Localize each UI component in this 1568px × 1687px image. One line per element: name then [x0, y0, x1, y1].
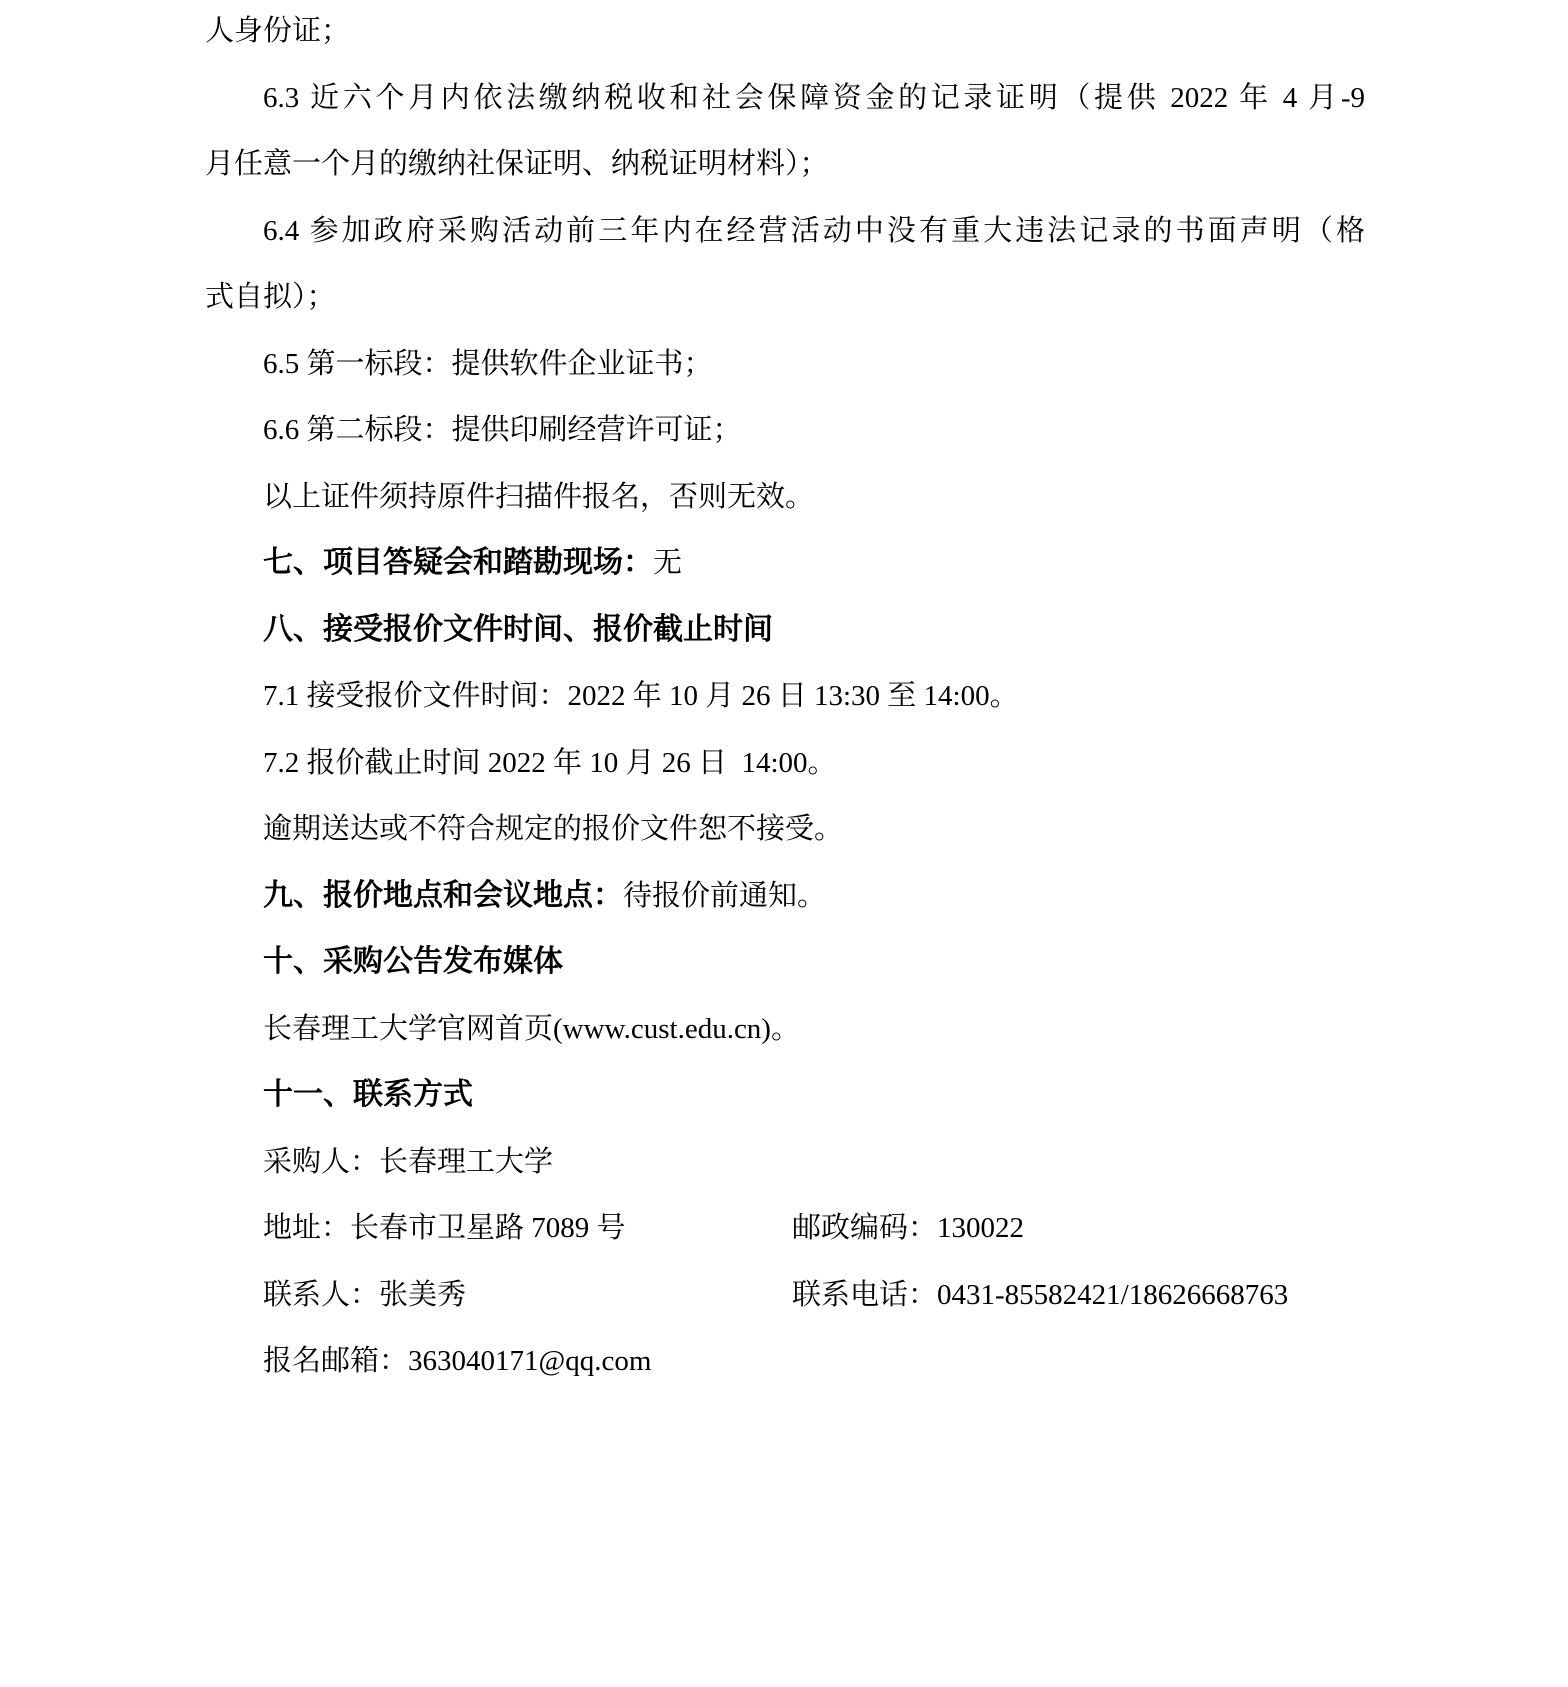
body-line-original-scan-note: 以上证件须持原件扫描件报名，否则无效。 [205, 477, 1365, 544]
heading-8-quote-acceptance-deadline: 八、接受报价文件时间、报价截止时间 [205, 610, 1365, 677]
body-line-overdue-note: 逾期送达或不符合规定的报价文件恕不接受。 [205, 809, 1365, 876]
body-line-7-1: 7.1 接受报价文件时间：2022 年 10 月 26 日 13:30 至 14… [205, 676, 1365, 743]
body-text: 6.5 第一标段：提供软件企业证书； [263, 348, 713, 380]
phone-field: 联系电话：0431-85582421/18626668763 [792, 1279, 1288, 1311]
body-text: 6.4 参加政府采购活动前三年内在经营活动中没有重大违法记录的书面声明（格 [263, 215, 1365, 247]
body-line-purchaser: 采购人：长春理工大学 [205, 1142, 1365, 1209]
body-line-7-2: 7.2 报价截止时间 2022 年 10 月 26 日 14:00。 [205, 743, 1365, 810]
heading-text: 十、采购公告发布媒体 [263, 945, 563, 978]
body-text: 逾期送达或不符合规定的报价文件恕不接受。 [263, 813, 843, 845]
postal-code-field: 邮政编码：130022 [792, 1212, 1024, 1244]
contact-row-person: 联系人：张美秀联系电话：0431-85582421/18626668763 [205, 1275, 1365, 1342]
body-text: 以上证件须持原件扫描件报名，否则无效。 [263, 481, 814, 513]
heading-text: 十一、联系方式 [263, 1078, 473, 1111]
body-line-6-3-first: 6.3 近六个月内依法缴纳税收和社会保障资金的记录证明（提供 2022 年 4 … [205, 78, 1365, 145]
heading-7-qa-and-site-visit: 七、项目答疑会和踏勘现场：无 [205, 543, 1365, 610]
body-line-email: 报名邮箱：363040171@qq.com [205, 1341, 1365, 1408]
contact-person-field: 联系人：张美秀 [263, 1275, 792, 1315]
body-text: 6.3 近六个月内依法缴纳税收和社会保障资金的记录证明（提供 2022 年 4 … [263, 82, 1365, 114]
body-text: 式自拟）； [205, 281, 336, 313]
body-line-website: 长春理工大学官网首页(www.cust.edu.cn)。 [205, 1009, 1365, 1076]
contact-row-address: 地址：长春市卫星路 7089 号邮政编码：130022 [205, 1208, 1365, 1275]
heading-text: 七、项目答疑会和踏勘现场： [263, 546, 653, 579]
address-field: 地址：长春市卫星路 7089 号 [263, 1208, 792, 1248]
body-text: 7.2 报价截止时间 2022 年 10 月 26 日 14:00。 [263, 747, 837, 779]
body-text: 待报价前通知。 [623, 880, 826, 912]
heading-text: 八、接受报价文件时间、报价截止时间 [263, 613, 773, 646]
body-line-6-3-continuation: 月任意一个月的缴纳社保证明、纳税证明材料）； [205, 144, 1365, 211]
document-page: 人身份证；6.3 近六个月内依法缴纳税收和社会保障资金的记录证明（提供 2022… [0, 0, 1568, 1687]
body-text: 月任意一个月的缴纳社保证明、纳税证明材料）； [205, 148, 829, 180]
heading-text: 九、报价地点和会议地点： [263, 879, 623, 912]
body-text: 长春理工大学官网首页(www.cust.edu.cn)。 [263, 1013, 800, 1045]
body-text: 7.1 接受报价文件时间：2022 年 10 月 26 日 13:30 至 14… [263, 680, 1019, 712]
body-text: 报名邮箱：363040171@qq.com [263, 1345, 651, 1377]
body-line-6-4-continuation: 式自拟）； [205, 277, 1365, 344]
heading-10-announcement-media: 十、采购公告发布媒体 [205, 942, 1365, 1009]
body-line-6-6: 6.6 第二标段：提供印刷经营许可证； [205, 410, 1365, 477]
body-line-6-4-first: 6.4 参加政府采购活动前三年内在经营活动中没有重大违法记录的书面声明（格 [205, 211, 1365, 278]
heading-11-contact-info: 十一、联系方式 [205, 1075, 1365, 1142]
body-text: 采购人：长春理工大学 [263, 1146, 553, 1178]
heading-9-quote-location: 九、报价地点和会议地点：待报价前通知。 [205, 876, 1365, 943]
body-text: 人身份证； [205, 15, 350, 47]
body-line-6-5: 6.5 第一标段：提供软件企业证书； [205, 344, 1365, 411]
body-line-idcard-continuation: 人身份证； [205, 11, 1365, 78]
body-text: 6.6 第二标段：提供印刷经营许可证； [263, 414, 742, 446]
body-text: 无 [653, 547, 682, 579]
